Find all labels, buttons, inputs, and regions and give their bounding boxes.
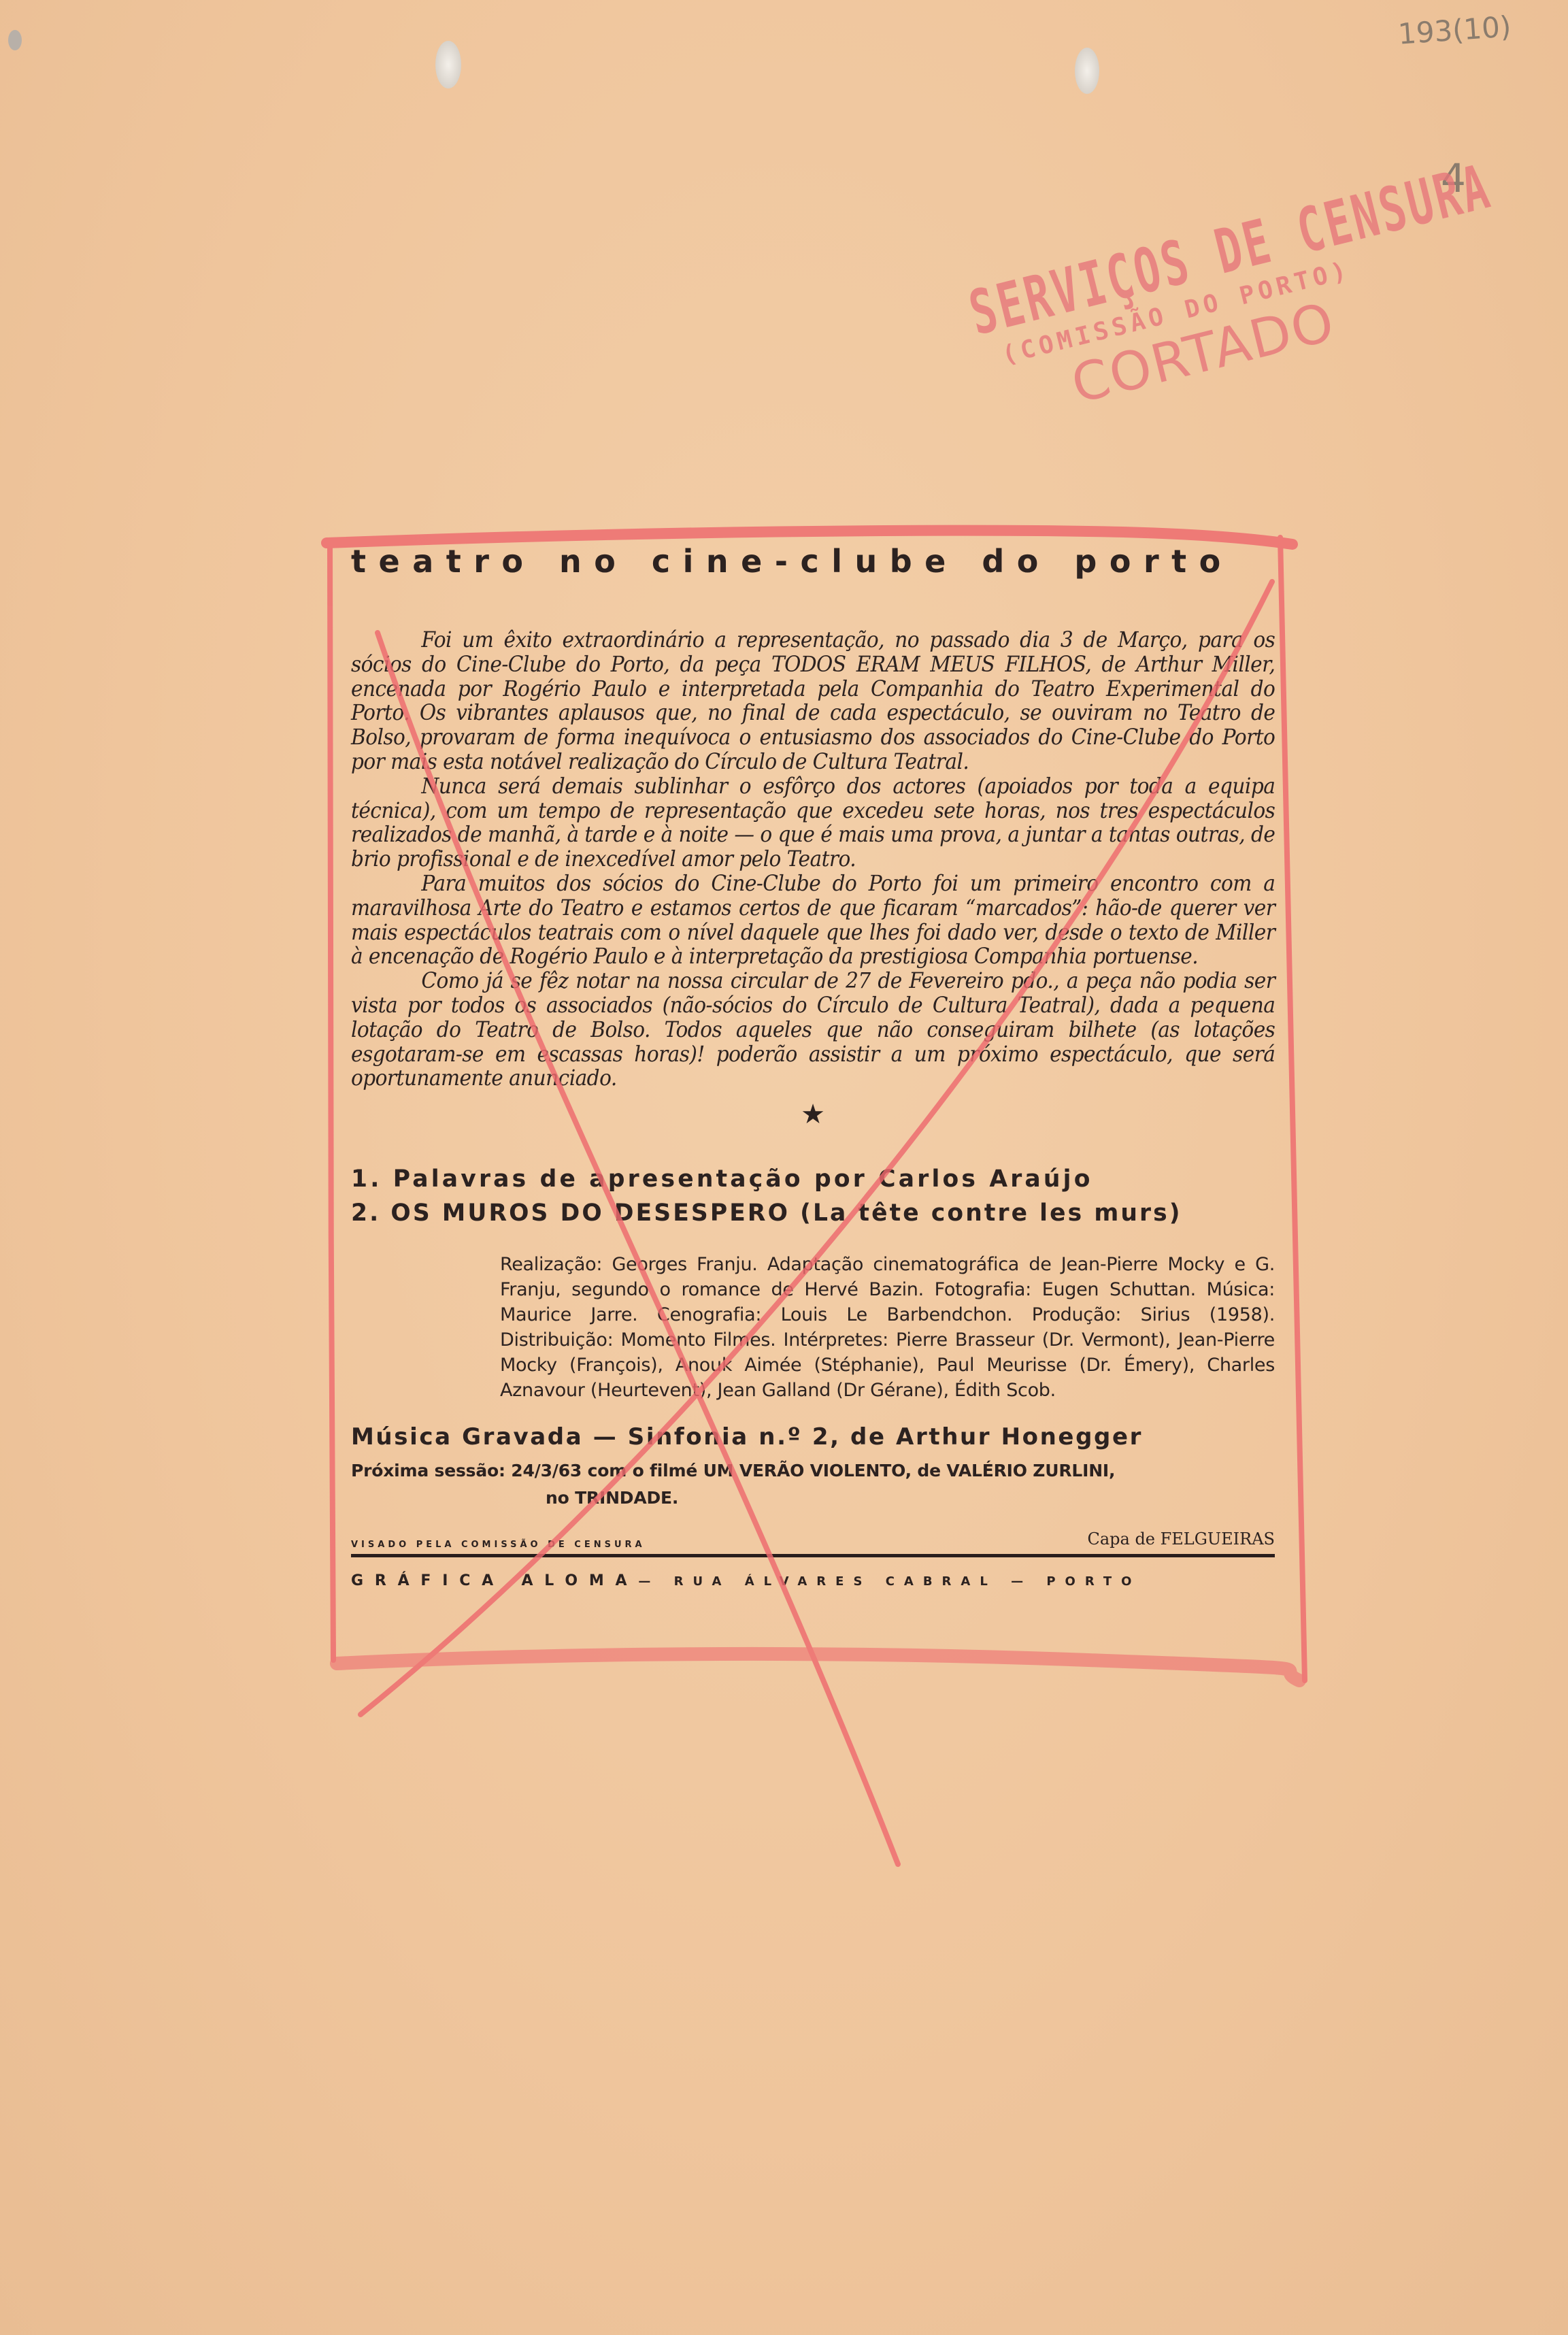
punch-hole-1 bbox=[435, 41, 461, 88]
next-session-line2: no TRINDADE. bbox=[351, 1485, 1275, 1512]
next-session-line1: Próxima sessão: 24/3/63 com o filmé UM V… bbox=[351, 1461, 1115, 1480]
footer-divider bbox=[351, 1554, 1275, 1557]
recorded-music: Música Gravada — Sinfonia n.º 2, de Arth… bbox=[351, 1423, 1275, 1451]
programme-list: 1. Palavras de apresentação por Carlos A… bbox=[351, 1162, 1275, 1230]
leaflet: teatro no cine-clube do porto Foi um êxi… bbox=[351, 537, 1275, 1589]
programme-item: 1. Palavras de apresentação por Carlos A… bbox=[351, 1162, 1275, 1196]
catalog-number: 193(10) bbox=[1397, 10, 1512, 50]
programme-item: 2. OS MUROS DO DESESPERO (La tête contre… bbox=[351, 1196, 1275, 1230]
star-separator-icon: ★ bbox=[351, 1097, 1275, 1132]
censorship-approval-note: VISADO PELA COMISSÃO DE CENSURA bbox=[351, 1540, 646, 1550]
cover-credit: Capa de FELGUEIRAS bbox=[1087, 1529, 1275, 1549]
censorship-stamp: SERVIÇOS DE CENSURA (COMISSÃO DO PORTO) … bbox=[965, 161, 1520, 435]
article-body: Foi um êxito extraordinário a representa… bbox=[351, 629, 1275, 1091]
printer-address: — RUA ÁLVARES CABRAL — PORTO bbox=[638, 1574, 1141, 1589]
printer-imprint: GRÁFICA ALOMA— RUA ÁLVARES CABRAL — PORT… bbox=[351, 1572, 1275, 1589]
leaflet-title: teatro no cine-clube do porto bbox=[351, 537, 1275, 585]
punch-hole-left bbox=[8, 30, 22, 50]
next-session: Próxima sessão: 24/3/63 com o filmé UM V… bbox=[351, 1457, 1275, 1512]
punch-hole-2 bbox=[1075, 48, 1099, 94]
film-credits: Realização: Georges Franju. Adaptação ci… bbox=[500, 1252, 1275, 1403]
paragraph: Como já se fêz notar na nossa circular d… bbox=[351, 970, 1275, 1091]
printer-name: GRÁFICA ALOMA bbox=[351, 1572, 638, 1589]
paragraph: Para muitos dos sócios do Cine-Clube do … bbox=[351, 872, 1275, 970]
paragraph: Foi um êxito extraordinário a representa… bbox=[351, 629, 1275, 775]
footer-credits: VISADO PELA COMISSÃO DE CENSURA Capa de … bbox=[351, 1524, 1275, 1554]
paragraph: Nunca será demais sublinhar o esfôrço do… bbox=[351, 775, 1275, 872]
